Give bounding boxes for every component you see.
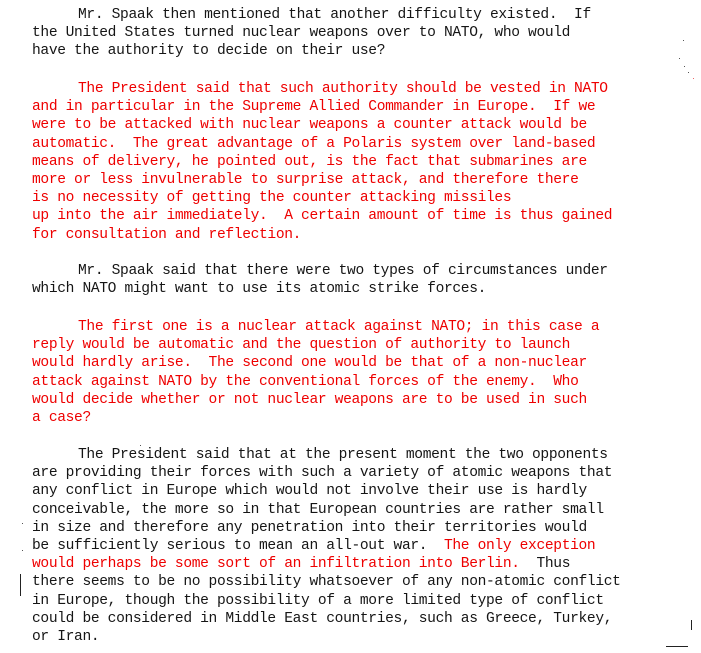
highlighted-text: would perhaps be some sort of an infiltr… [32, 556, 520, 572]
highlighted-text: and in particular in the Supreme Allied … [32, 99, 595, 115]
body-text: The President said that at the present m… [78, 447, 608, 463]
text-line: which NATO might want to use its atomic … [32, 280, 486, 298]
text-line: The President said that such authority s… [78, 80, 608, 98]
body-text: Thus [520, 556, 570, 572]
body-text: the United States turned nuclear weapons… [32, 25, 570, 41]
text-line: could be considered in Middle East count… [32, 610, 612, 628]
text-line: were to be attacked with nuclear weapons… [32, 116, 587, 134]
highlighted-text: automatic. The great advantage of a Pola… [32, 136, 595, 152]
text-line: attack against NATO by the conventional … [32, 373, 579, 391]
text-line: Mr. Spaak then mentioned that another di… [78, 6, 591, 24]
highlighted-text: The only exception [444, 538, 595, 554]
scan-dot [684, 66, 685, 67]
text-line: up into the air immediately. A certain a… [32, 207, 612, 225]
document-page: Mr. Spaak then mentioned that another di… [0, 0, 701, 653]
text-line: Mr. Spaak said that there were two types… [78, 262, 608, 280]
scan-dot [22, 523, 23, 524]
margin-mark [691, 620, 692, 630]
body-text: Mr. Spaak said that there were two types… [78, 263, 608, 279]
scan-dot [688, 72, 689, 73]
highlighted-text: The first one is a nuclear attack agains… [78, 319, 599, 335]
margin-mark [666, 646, 688, 647]
body-text: have the authority to decide on their us… [32, 43, 385, 59]
text-line: would hardly arise. The second one would… [32, 354, 587, 372]
scan-dot [22, 550, 23, 551]
text-line: more or less invulnerable to surprise at… [32, 171, 579, 189]
body-text: are providing their forces with such a v… [32, 465, 612, 481]
text-line: in size and therefore any penetration in… [32, 519, 587, 537]
text-line: for consultation and reflection. [32, 226, 301, 244]
highlighted-text: for consultation and reflection. [32, 227, 301, 243]
body-text: Mr. Spaak then mentioned that another di… [78, 7, 591, 23]
scan-dot [679, 58, 680, 59]
scan-dot [683, 40, 684, 41]
text-line: means of delivery, he pointed out, is th… [32, 153, 587, 171]
text-line: and in particular in the Supreme Allied … [32, 98, 595, 116]
highlighted-text: would decide whether or not nuclear weap… [32, 392, 587, 408]
text-line: would decide whether or not nuclear weap… [32, 391, 587, 409]
text-line: there seems to be no possibility whatsoe… [32, 573, 621, 591]
text-line: any conflict in Europe which would not i… [32, 482, 587, 500]
highlighted-text: more or less invulnerable to surprise at… [32, 172, 579, 188]
body-text: which NATO might want to use its atomic … [32, 281, 486, 297]
highlighted-text: is no necessity of getting the counter a… [32, 190, 511, 206]
text-line: would perhaps be some sort of an infiltr… [32, 555, 570, 573]
text-line: the United States turned nuclear weapons… [32, 24, 570, 42]
body-text: or Iran. [32, 629, 99, 645]
text-line: The first one is a nuclear attack agains… [78, 318, 599, 336]
text-line: be sufficiently serious to mean an all-o… [32, 537, 595, 555]
text-line: is no necessity of getting the counter a… [32, 189, 511, 207]
highlighted-text: a case? [32, 410, 91, 426]
body-text: conceivable, the more so in that Europea… [32, 502, 604, 518]
text-line: are providing their forces with such a v… [32, 464, 612, 482]
scan-dot [140, 445, 141, 446]
text-line: a case? [32, 409, 91, 427]
body-text: be sufficiently serious to mean an all-o… [32, 538, 444, 554]
text-line: The President said that at the present m… [78, 446, 608, 464]
margin-mark [20, 574, 21, 596]
body-text: any conflict in Europe which would not i… [32, 483, 587, 499]
highlighted-text: were to be attacked with nuclear weapons… [32, 117, 587, 133]
highlighted-text: up into the air immediately. A certain a… [32, 208, 612, 224]
body-text: could be considered in Middle East count… [32, 611, 612, 627]
highlighted-text: reply would be automatic and the questio… [32, 337, 570, 353]
scan-dot [693, 78, 694, 79]
text-line: in Europe, though the possibility of a m… [32, 592, 604, 610]
highlighted-text: attack against NATO by the conventional … [32, 374, 579, 390]
text-line: automatic. The great advantage of a Pola… [32, 135, 595, 153]
body-text: in Europe, though the possibility of a m… [32, 593, 604, 609]
body-text: there seems to be no possibility whatsoe… [32, 574, 621, 590]
text-line: conceivable, the more so in that Europea… [32, 501, 604, 519]
highlighted-text: means of delivery, he pointed out, is th… [32, 154, 587, 170]
highlighted-text: The President said that such authority s… [78, 81, 608, 97]
text-line: reply would be automatic and the questio… [32, 336, 570, 354]
text-line: have the authority to decide on their us… [32, 42, 385, 60]
body-text: in size and therefore any penetration in… [32, 520, 587, 536]
text-line: or Iran. [32, 628, 99, 646]
highlighted-text: would hardly arise. The second one would… [32, 355, 587, 371]
